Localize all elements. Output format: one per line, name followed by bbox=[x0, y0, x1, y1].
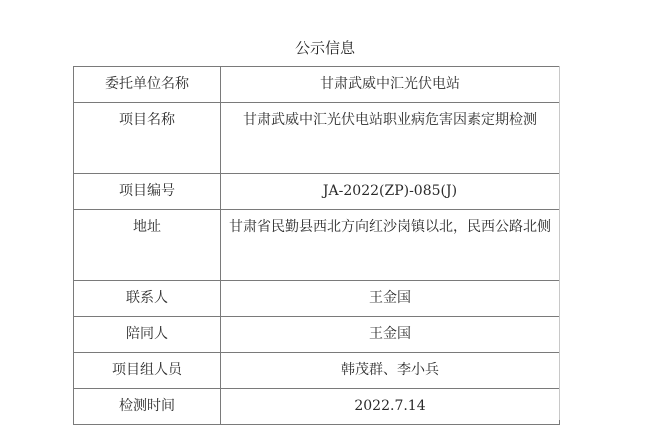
row-value: 2022.7.14 bbox=[221, 389, 560, 425]
row-label: 项目编号 bbox=[74, 174, 221, 210]
row-label: 联系人 bbox=[74, 281, 221, 317]
row-value: 王金国 bbox=[221, 281, 560, 317]
table-row-client-unit: 委托单位名称 甘肃武威中汇光伏电站 bbox=[74, 67, 560, 103]
row-value: 甘肃省民勤县西北方向红沙岗镇以北，民西公路北侧 bbox=[221, 210, 560, 281]
table-row-address: 地址 甘肃省民勤县西北方向红沙岗镇以北，民西公路北侧 bbox=[74, 210, 560, 281]
row-label: 地址 bbox=[74, 210, 221, 281]
table-row-contact-person: 联系人 王金国 bbox=[74, 281, 560, 317]
row-value: 韩茂群、李小兵 bbox=[221, 353, 560, 389]
table-row-project-name: 项目名称 甘肃武威中汇光伏电站职业病危害因素定期检测 bbox=[74, 103, 560, 174]
row-label: 检测时间 bbox=[74, 389, 221, 425]
row-label: 委托单位名称 bbox=[74, 67, 221, 103]
public-info-table: 委托单位名称 甘肃武威中汇光伏电站 项目名称 甘肃武威中汇光伏电站职业病危害因素… bbox=[73, 66, 560, 425]
table-row-accompanying-person: 陪同人 王金国 bbox=[74, 317, 560, 353]
document-title: 公示信息 bbox=[0, 38, 650, 58]
row-value: 甘肃武威中汇光伏电站职业病危害因素定期检测 bbox=[221, 103, 560, 174]
row-label: 陪同人 bbox=[74, 317, 221, 353]
row-label: 项目名称 bbox=[74, 103, 221, 174]
row-value: JA-2022(ZP)-085(J) bbox=[221, 174, 560, 210]
row-label: 项目组人员 bbox=[74, 353, 221, 389]
table-edge-shadow bbox=[559, 66, 560, 420]
table-row-inspection-date: 检测时间 2022.7.14 bbox=[74, 389, 560, 425]
table-row-project-team: 项目组人员 韩茂群、李小兵 bbox=[74, 353, 560, 389]
row-value: 甘肃武威中汇光伏电站 bbox=[221, 67, 560, 103]
table-row-project-number: 项目编号 JA-2022(ZP)-085(J) bbox=[74, 174, 560, 210]
row-value: 王金国 bbox=[221, 317, 560, 353]
